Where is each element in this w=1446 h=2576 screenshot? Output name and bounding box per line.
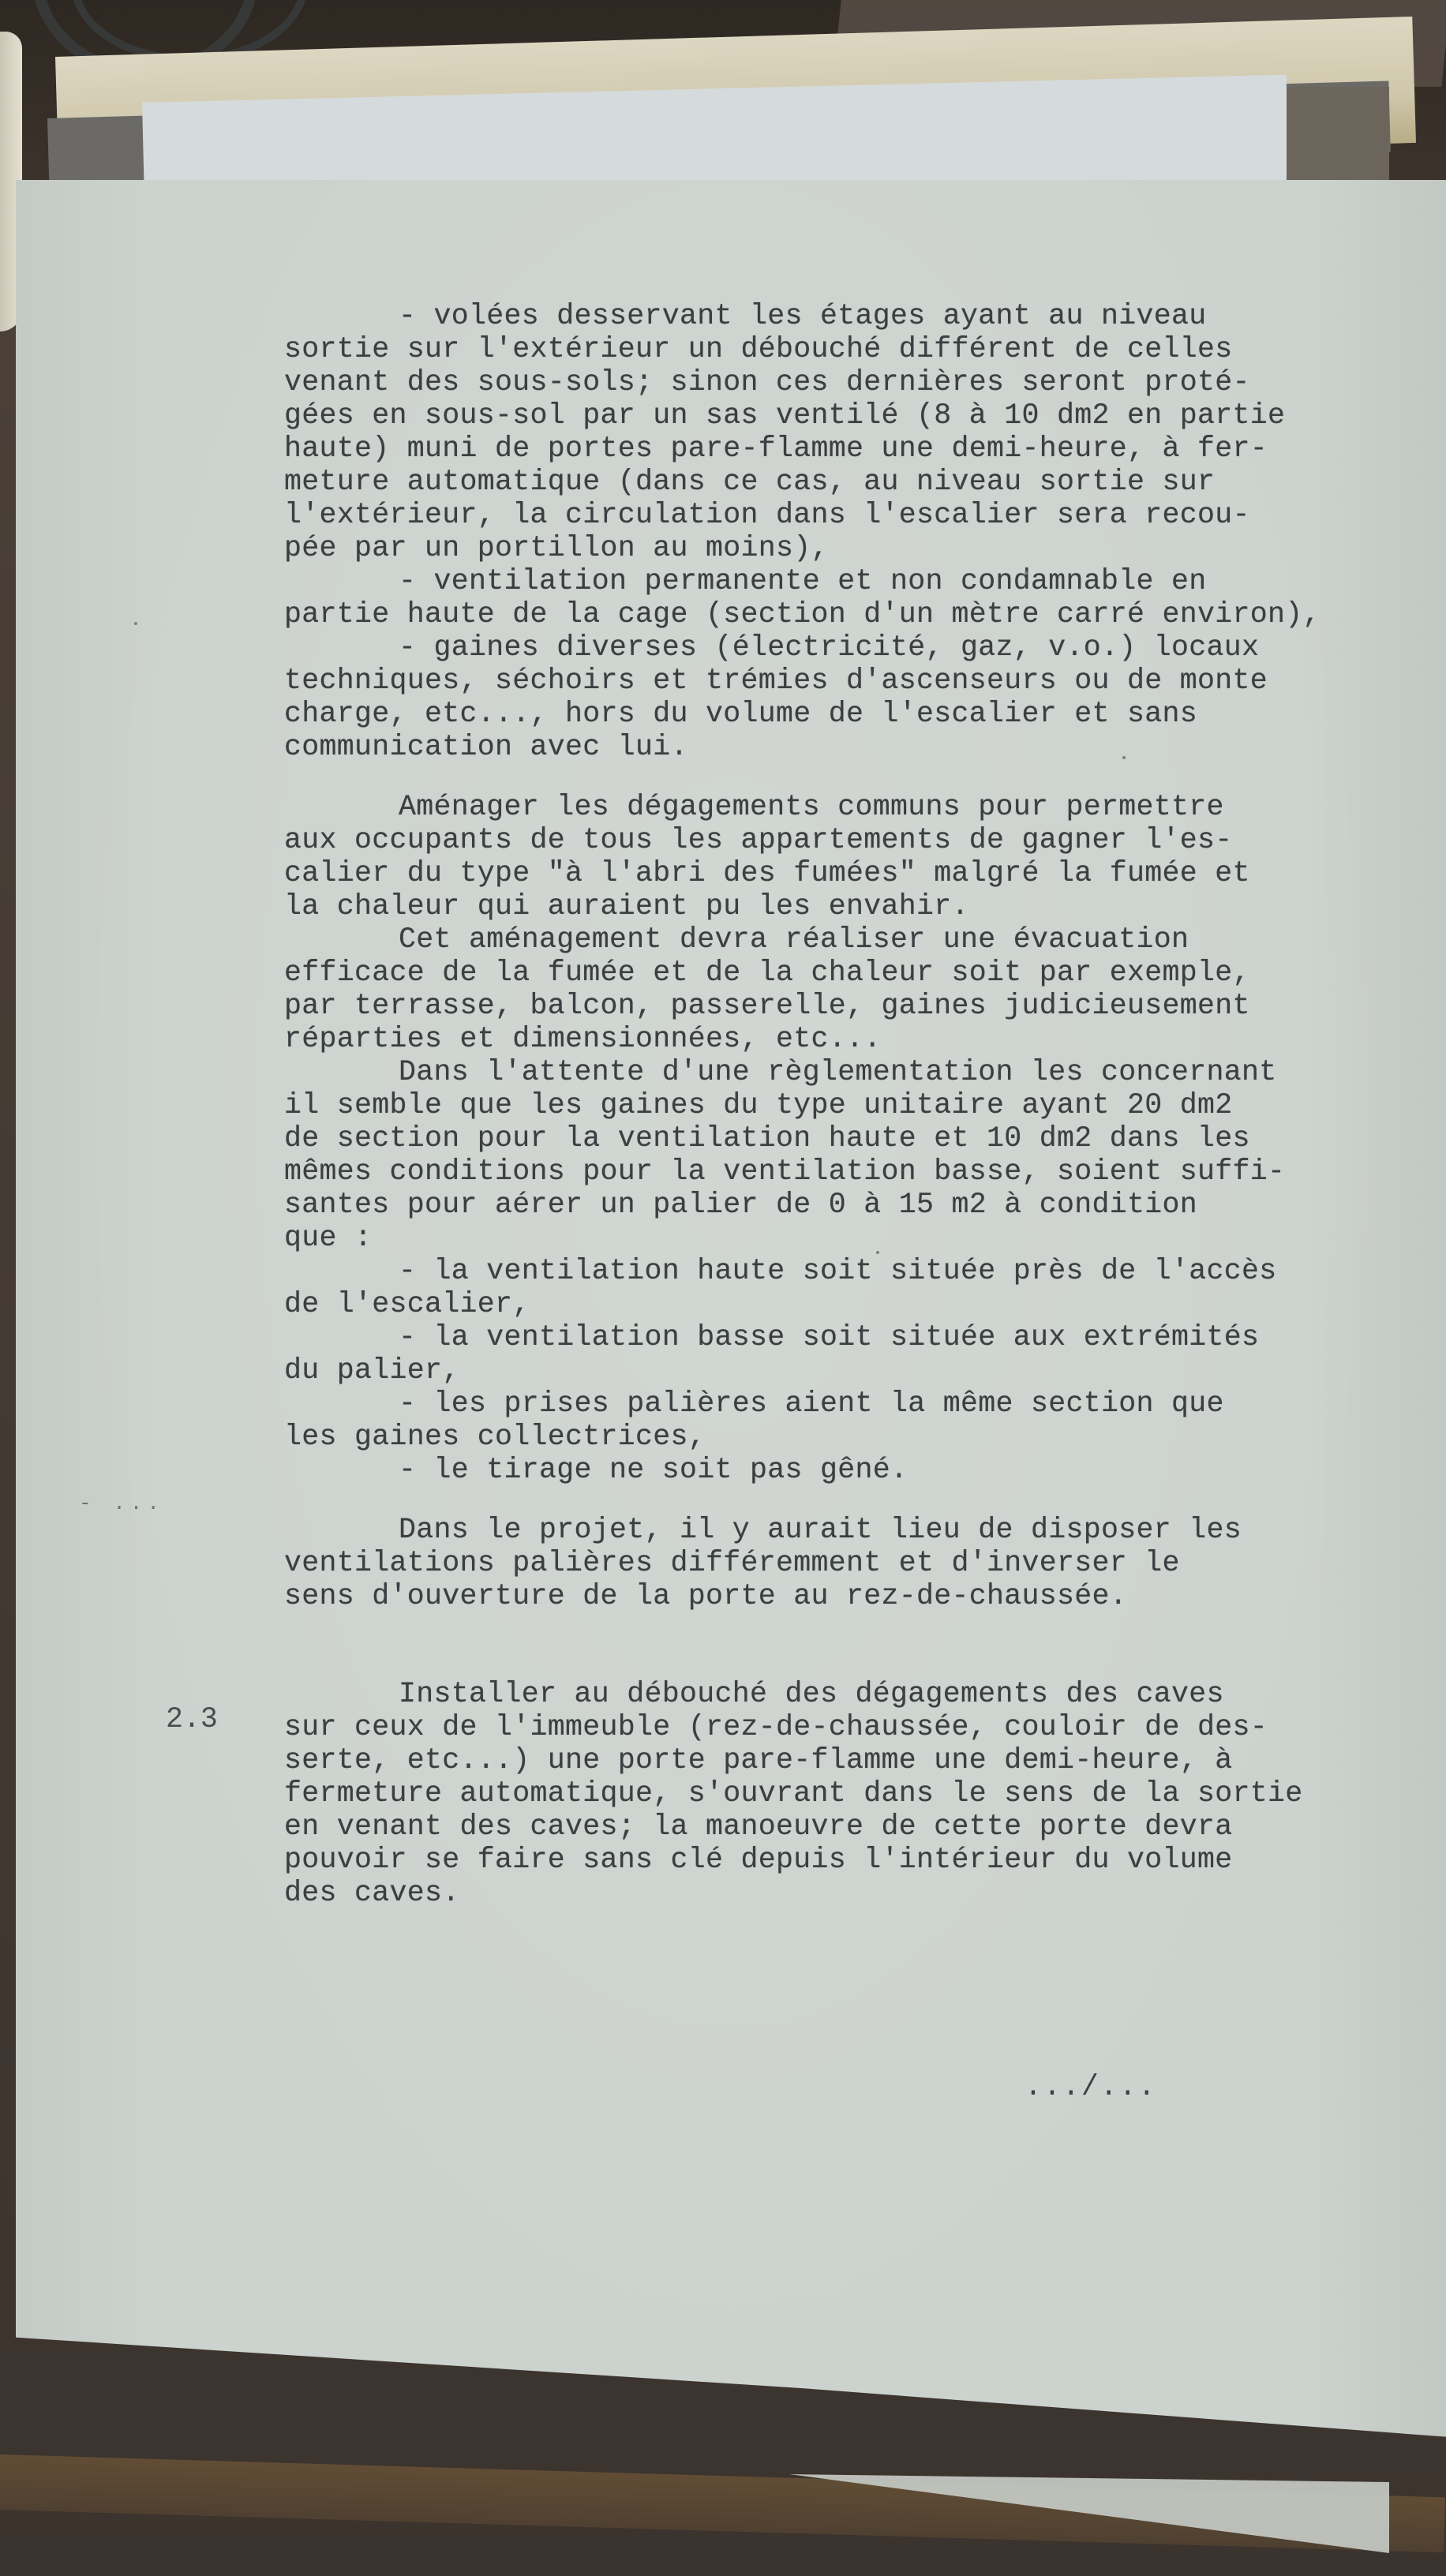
paper-speck	[1122, 756, 1126, 759]
text-line: que :	[284, 1222, 1437, 1255]
text-line: aux occupants de tous les appartements d…	[284, 824, 1437, 857]
paragraph-project-note: Dans le projet, il y aurait lieu de disp…	[284, 1514, 1437, 1613]
text-line: Aménager les dégagements communs pour pe…	[284, 791, 1437, 824]
text-line: sortie sur l'extérieur un débouché diffé…	[284, 333, 1437, 366]
text-line: les gaines collectrices,	[284, 1421, 1437, 1454]
text-line: partie haute de la cage (section d'un mè…	[284, 598, 1437, 631]
text-line: - la ventilation basse soit située aux e…	[284, 1321, 1437, 1354]
photo-scene: - ... 2.3 - volées desservant les étages…	[0, 0, 1446, 2576]
margin-mark: - ...	[79, 1492, 164, 1515]
text-line: venant des sous-sols; sinon ces dernière…	[284, 366, 1437, 399]
text-line: charge, etc..., hors du volume de l'esca…	[284, 698, 1437, 731]
text-line: la chaleur qui auraient pu les envahir.	[284, 890, 1437, 923]
text-line: pée par un portillon au moins),	[284, 532, 1437, 565]
text-line: gées en sous-sol par un sas ventilé (8 à…	[284, 399, 1437, 432]
text-line: santes pour aérer un palier de 0 à 15 m2…	[284, 1189, 1437, 1222]
text-line: Dans l'attente d'une règlementation les …	[284, 1056, 1437, 1089]
text-line: l'extérieur, la circulation dans l'escal…	[284, 499, 1437, 532]
text-line: techniques, séchoirs et trémies d'ascens…	[284, 665, 1437, 698]
text-line: il semble que les gaines du type unitair…	[284, 1089, 1437, 1122]
text-line: en venant des caves; la manoeuvre de cet…	[284, 1810, 1437, 1844]
paper-speck	[876, 1251, 879, 1254]
text-line: Dans le projet, il y aurait lieu de disp…	[284, 1514, 1437, 1547]
text-line: - la ventilation haute soit située près …	[284, 1255, 1437, 1288]
text-line: Cet aménagement devra réaliser une évacu…	[284, 923, 1437, 957]
text-line: - volées desservant les étages ayant au …	[284, 300, 1437, 333]
text-line: communication avec lui.	[284, 731, 1437, 764]
paragraph-stair-requirements: - volées desservant les étages ayant au …	[284, 300, 1437, 764]
text-line: mêmes conditions pour la ventilation bas…	[284, 1155, 1437, 1189]
text-line: des caves.	[284, 1877, 1437, 1910]
text-line: - ventilation permanente et non condamna…	[284, 565, 1437, 598]
paragraph-section-2-3: Installer au débouché des dégagements de…	[284, 1678, 1437, 1910]
text-line: haute) muni de portes pare-flamme une de…	[284, 432, 1437, 466]
text-line: calier du type "à l'abri des fumées" mal…	[284, 857, 1437, 890]
continuation-mark: .../...	[1025, 2071, 1157, 2103]
text-line: pouvoir se faire sans clé depuis l'intér…	[284, 1844, 1437, 1877]
text-line: de section pour la ventilation haute et …	[284, 1122, 1437, 1155]
text-line: serte, etc...) une porte pare-flamme une…	[284, 1744, 1437, 1777]
text-line: sur ceux de l'immeuble (rez-de-chaussée,…	[284, 1711, 1437, 1744]
text-line: réparties et dimensionnées, etc...	[284, 1023, 1437, 1056]
text-line: efficace de la fumée et de la chaleur so…	[284, 957, 1437, 990]
text-line: sens d'ouverture de la porte au rez-de-c…	[284, 1580, 1437, 1613]
text-line: du palier,	[284, 1354, 1437, 1387]
text-line: de l'escalier,	[284, 1288, 1437, 1321]
text-line: - le tirage ne soit pas gêné.	[284, 1454, 1437, 1487]
text-line: Installer au débouché des dégagements de…	[284, 1678, 1437, 1711]
text-line: ventilations palières différemment et d'…	[284, 1547, 1437, 1580]
section-number: 2.3	[166, 1703, 218, 1736]
document-body: - volées desservant les étages ayant au …	[284, 300, 1437, 1910]
text-line: - les prises palières aient la même sect…	[284, 1387, 1437, 1421]
paper-speck	[134, 622, 137, 625]
text-line: meture automatique (dans ce cas, au nive…	[284, 466, 1437, 499]
text-line: - gaines diverses (électricité, gaz, v.o…	[284, 631, 1437, 665]
paper-speck	[1025, 571, 1028, 575]
text-line: fermeture automatique, s'ouvrant dans le…	[284, 1777, 1437, 1810]
paragraph-common-areas: Aménager les dégagements communs pour pe…	[284, 791, 1437, 1487]
text-line: par terrasse, balcon, passerelle, gaines…	[284, 990, 1437, 1023]
